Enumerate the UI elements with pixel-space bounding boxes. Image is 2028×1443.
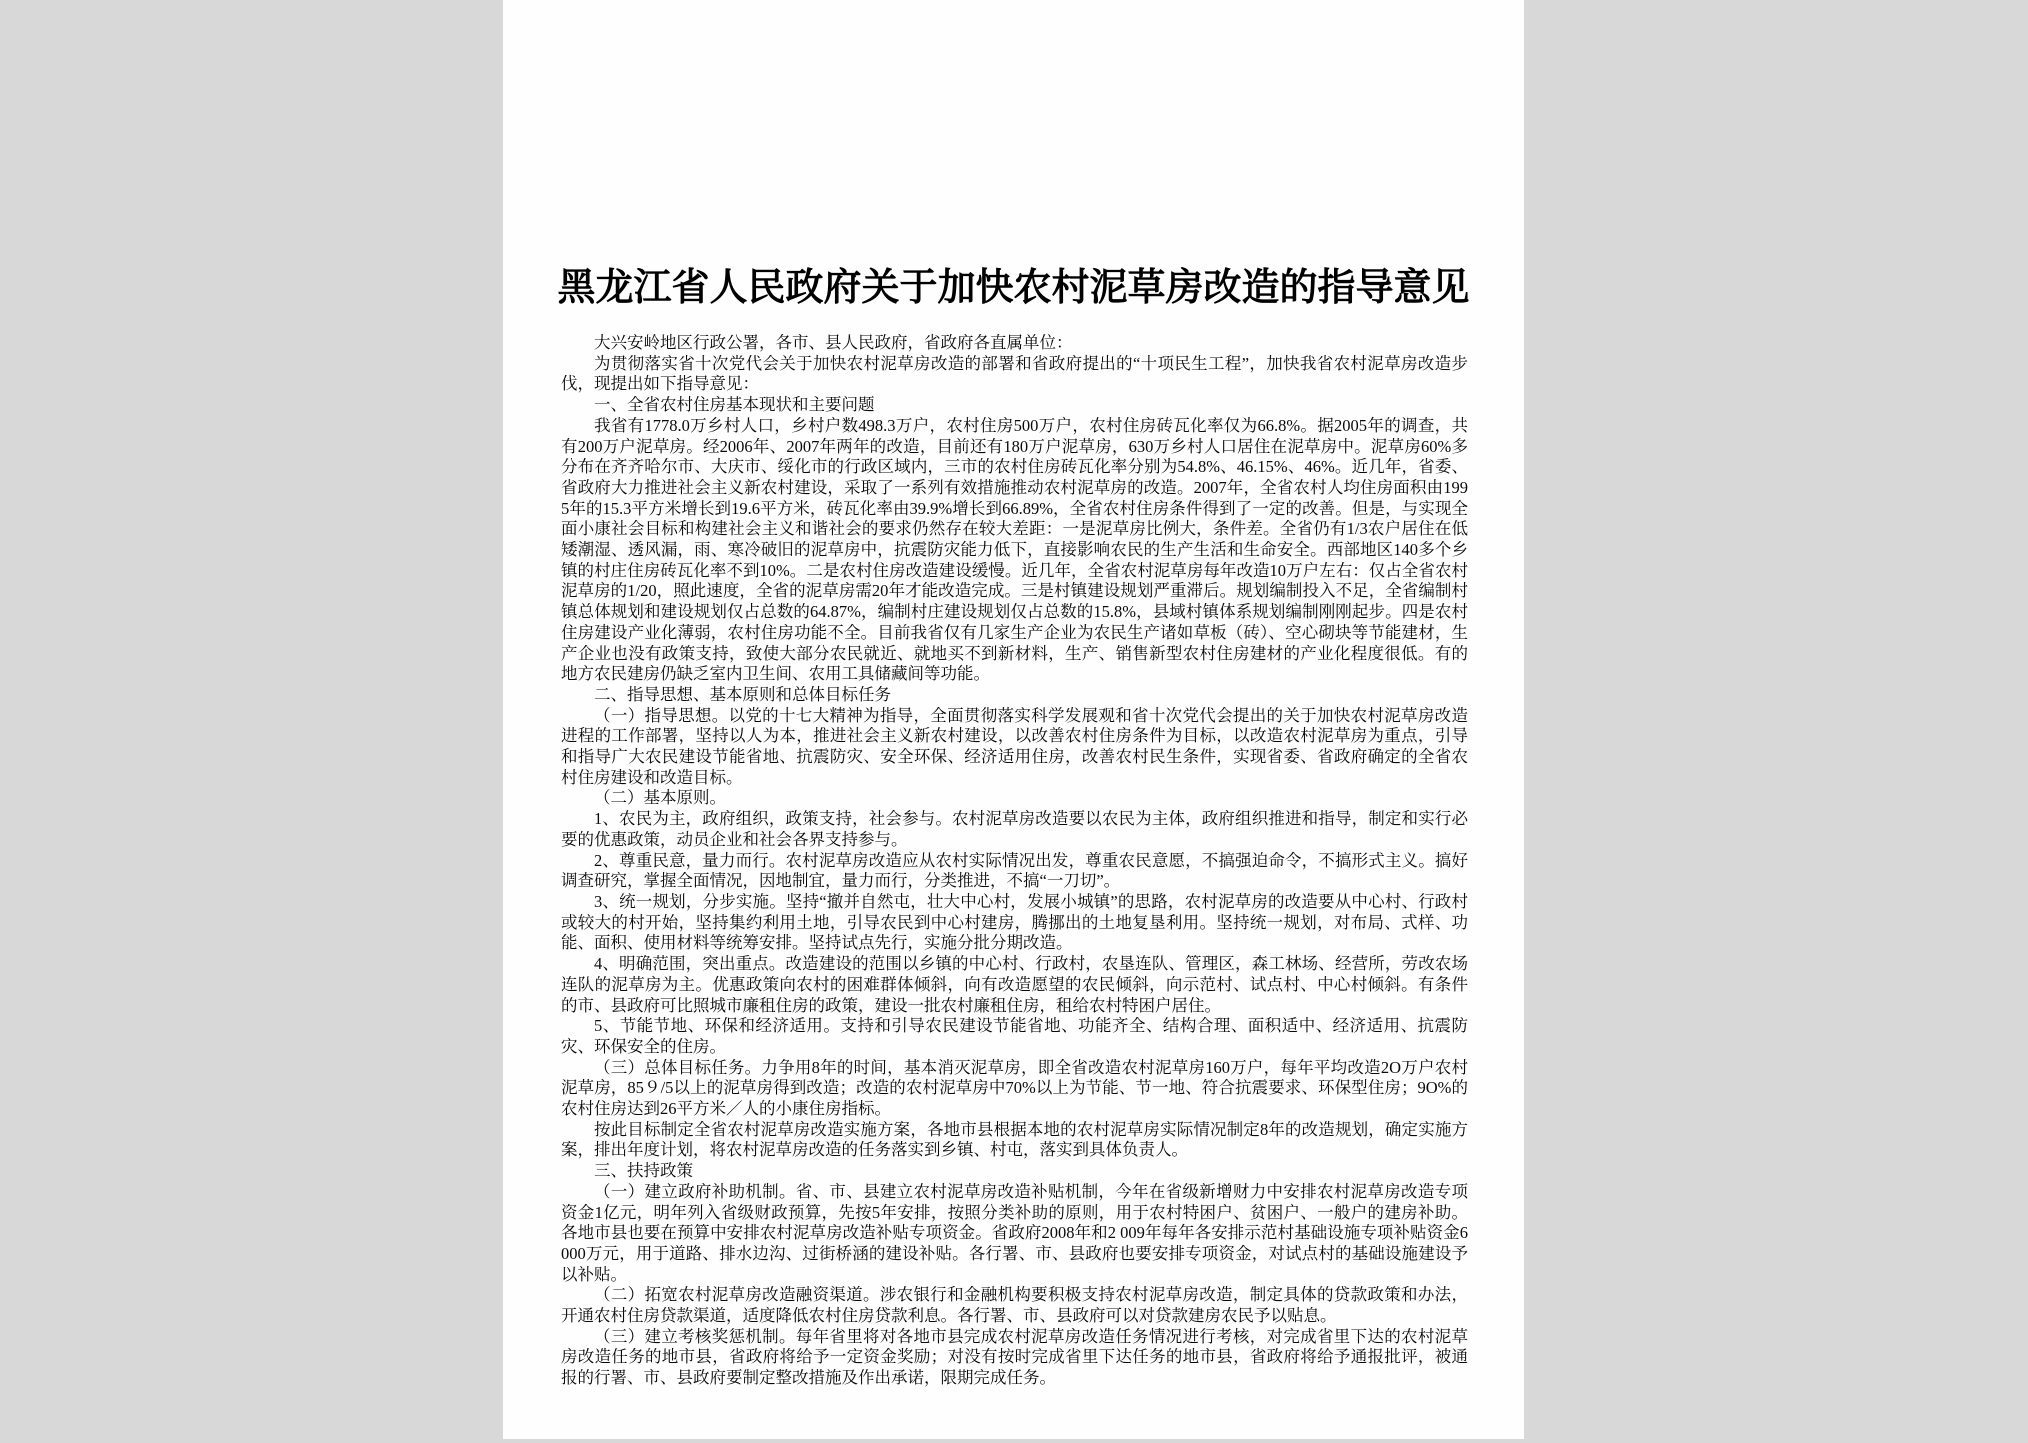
- principle-2: 2、尊重民意，量力而行。农村泥草房改造应从农村实际情况出发，尊重农民意愿，不搞强…: [561, 851, 1468, 892]
- principle-1: 1、农民为主，政府组织，政策支持，社会参与。农村泥草房改造要以农民为主体，政府组…: [561, 809, 1468, 850]
- principle-3: 3、统一规划，分步实施。坚持“撤并自然屯，壮大中心村，发展小城镇”的思路，农村泥…: [561, 892, 1468, 954]
- policy-3-assessment-paragraph: （三）建立考核奖惩机制。每年省里将对各地市县完成农村泥草房改造任务情况进行考核，…: [561, 1327, 1468, 1389]
- section-2-heading: 二、指导思想、基本原则和总体目标任务: [561, 685, 1468, 706]
- implementation-plan-paragraph: 按此目标制定全省农村泥草房改造实施方案，各地市县根据本地的农村泥草房实际情况制定…: [561, 1120, 1468, 1161]
- principle-4: 4、明确范围，突出重点。改造建设的范围以乡镇的中心村、行政村，农垦连队、管理区，…: [561, 954, 1468, 1016]
- section-1-body: 我省有1778.0万乡村人口，乡村户数498.3万户，农村住房500万户，农村住…: [561, 416, 1468, 685]
- document-page: 黑龙江省人民政府关于加快农村泥草房改造的指导意见 大兴安岭地区行政公署，各市、县…: [503, 0, 1524, 1439]
- document-title: 黑龙江省人民政府关于加快农村泥草房改造的指导意见: [503, 0, 1524, 310]
- intro-paragraph: 为贯彻落实省十次党代会关于加快农村泥草房改造的部署和省政府提出的“十项民生工程”…: [561, 354, 1468, 395]
- policy-1-subsidy-paragraph: （一）建立政府补助机制。省、市、县建立农村泥草房改造补贴机制，今年在省级新增财力…: [561, 1182, 1468, 1286]
- document-body: 大兴安岭地区行政公署，各市、县人民政府，省政府各直属单位： 为贯彻落实省十次党代…: [503, 333, 1524, 1389]
- basic-principles-heading: （二）基本原则。: [561, 788, 1468, 809]
- salutation: 大兴安岭地区行政公署，各市、县人民政府，省政府各直属单位：: [561, 333, 1468, 354]
- principle-5: 5、节能节地、环保和经济适用。支持和引导农民建设节能省地、功能齐全、结构合理、面…: [561, 1016, 1468, 1057]
- overall-targets-paragraph: （三）总体目标任务。力争用8年的时间，基本消灭泥草房，即全省改造农村泥草房160…: [561, 1058, 1468, 1120]
- policy-2-financing-paragraph: （二）拓宽农村泥草房改造融资渠道。涉农银行和金融机构要积极支持农村泥草房改造，制…: [561, 1285, 1468, 1326]
- section-1-heading: 一、全省农村住房基本现状和主要问题: [561, 395, 1468, 416]
- section-3-heading: 三、扶持政策: [561, 1161, 1468, 1182]
- guiding-ideology-paragraph: （一）指导思想。以党的十七大精神为指导，全面贯彻落实科学发展观和省十次党代会提出…: [561, 706, 1468, 789]
